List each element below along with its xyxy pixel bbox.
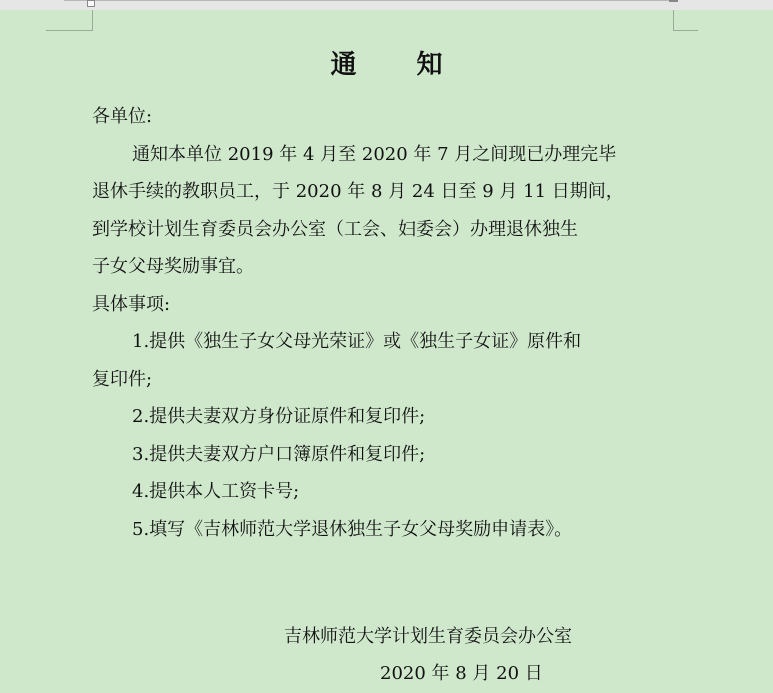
- signature-date: 2020 年 8 月 20 日: [284, 655, 572, 692]
- list-item-1-continuation: 复印件;: [92, 361, 682, 399]
- signature-org: 吉林师范大学计划生育委员会办公室: [284, 618, 572, 655]
- document-body[interactable]: 各单位: 通知本单位 2019 年 4 月至 2020 年 7 月之间现已办理完…: [92, 98, 682, 548]
- list-item-2: 2.提供夫妻双方身份证原件和复印件;: [92, 398, 682, 436]
- paragraph-line: 到学校计划生育委员会办公室（工会、妇委会）办理退休独生: [92, 211, 682, 249]
- ruler-line: [64, 0, 676, 1]
- margin-corner-top-right: [673, 10, 698, 31]
- list-item-5: 5.填写《吉林师范大学退休独生子女父母奖励申请表》。: [92, 511, 682, 549]
- signature-block: 吉林师范大学计划生育委员会办公室 2020 年 8 月 20 日: [284, 618, 572, 692]
- left-indent-marker[interactable]: [87, 0, 95, 7]
- horizontal-ruler: [0, 0, 773, 10]
- right-indent-marker[interactable]: [669, 0, 678, 2]
- document-title: 通知: [0, 44, 773, 81]
- paragraph-line: 通知本单位 2019 年 4 月至 2020 年 7 月之间现已办理完毕: [92, 136, 682, 174]
- title-char-2: 知: [417, 44, 443, 81]
- list-item-1: 1.提供《独生子女父母光荣证》或《独生子女证》原件和: [92, 323, 682, 361]
- salutation: 各单位:: [92, 98, 682, 136]
- list-item-3: 3.提供夫妻双方户口簿原件和复印件;: [92, 436, 682, 474]
- paragraph-line: 退休手续的教职员工，于 2020 年 8 月 24 日至 9 月 11 日期间，: [92, 173, 682, 211]
- paragraph-line: 子女父母奖励事宜。: [92, 248, 682, 286]
- title-char-1: 通: [330, 44, 356, 81]
- margin-corner-top-left: [46, 10, 93, 31]
- list-item-4: 4.提供本人工资卡号;: [92, 473, 682, 511]
- items-heading: 具体事项:: [92, 286, 682, 324]
